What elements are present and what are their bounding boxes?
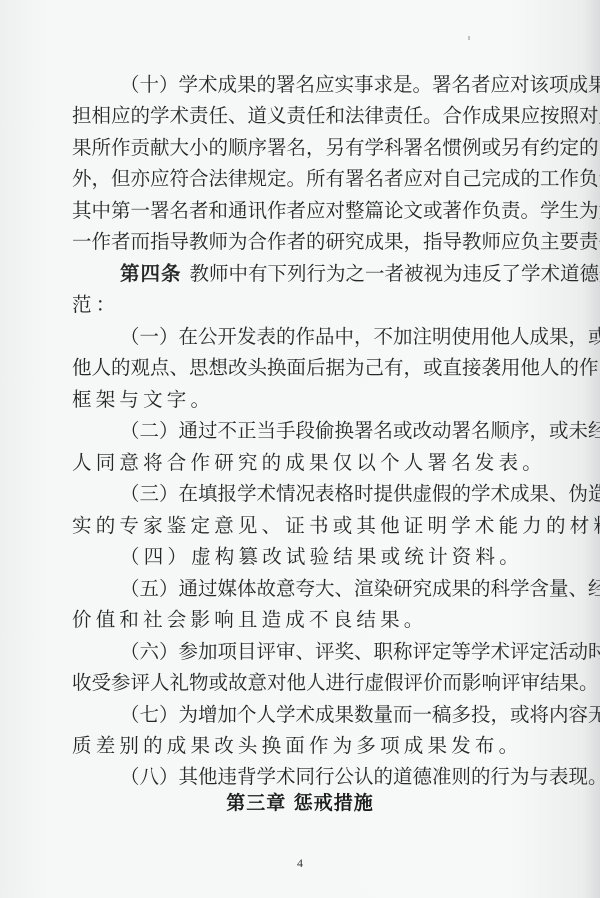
text-line: （七）为增加个人学术成果数量而一稿多投，或将内容无实 [120,700,556,730]
text-line: 一作者而指导教师为合作者的研究成果，指导教师应负主要责任。 [72,227,556,257]
page-number: 4 [0,856,600,871]
text-line: 果所作贡献大小的顺序署名，另有学科署名惯例或另有约定的除 [72,133,556,163]
text-line: 质差别的成果改头换面作为多项成果发布。 [72,731,556,761]
text-line: 收受参评人礼物或故意对他人进行虚假评价而影响评审结果。 [72,668,556,698]
text-line: 外，但亦应符合法律规定。所有署名者应对自己完成的工作负责， [72,164,556,194]
text-line: 担相应的学术责任、道义责任和法律责任。合作成果应按照对成 [72,101,556,131]
text-line: 框架与文字。 [72,385,556,415]
text-line: 范： [72,290,556,320]
article-label: 第四条 [120,259,182,289]
text-line: （六）参加项目评审、评奖、职称评定等学术评定活动时， [120,637,556,667]
text-line: （一）在公开发表的作品中，不加注明使用他人成果，或将 [120,322,556,352]
text-line: 其中第一署名者和通讯作者应对整篇论文或著作负责。学生为第 [72,196,556,226]
text-line: （三）在填报学术情况表格时提供虚假的学术成果、伪造不 [120,479,556,509]
text-line: （五）通过媒体故意夸大、渲染研究成果的科学含量、经济 [120,574,556,604]
scanned-page: （十）学术成果的署名应实事求是。署名者应对该项成果承 担相应的学术责任、道义责任… [0,0,600,898]
text-line: 价值和社会影响且造成不良结果。 [72,605,556,635]
text-line: 实的专家鉴定意见、证书或其他证明学术能力的材料。 [72,511,556,541]
chapter-heading: 第三章 惩戒措施 [0,788,600,815]
scan-speck [468,36,470,40]
text-line: 他人的观点、思想改头换面后据为己有，或直接袭用他人的作品 [72,353,556,383]
text-line: （四）虚构篡改试验结果或统计资料。 [120,542,556,572]
text-line: 教师中有下列行为之一者被视为违反了学术道德规 [190,259,600,289]
text-line: 人同意将合作研究的成果仅以个人署名发表。 [72,448,556,478]
article-heading-line: 第四条 教师中有下列行为之一者被视为违反了学术道德规 [120,259,556,289]
text-line: （十）学术成果的署名应实事求是。署名者应对该项成果承 [120,70,556,100]
text-line: （二）通过不正当手段偷换署名或改动署名顺序，或未经他 [120,416,556,446]
